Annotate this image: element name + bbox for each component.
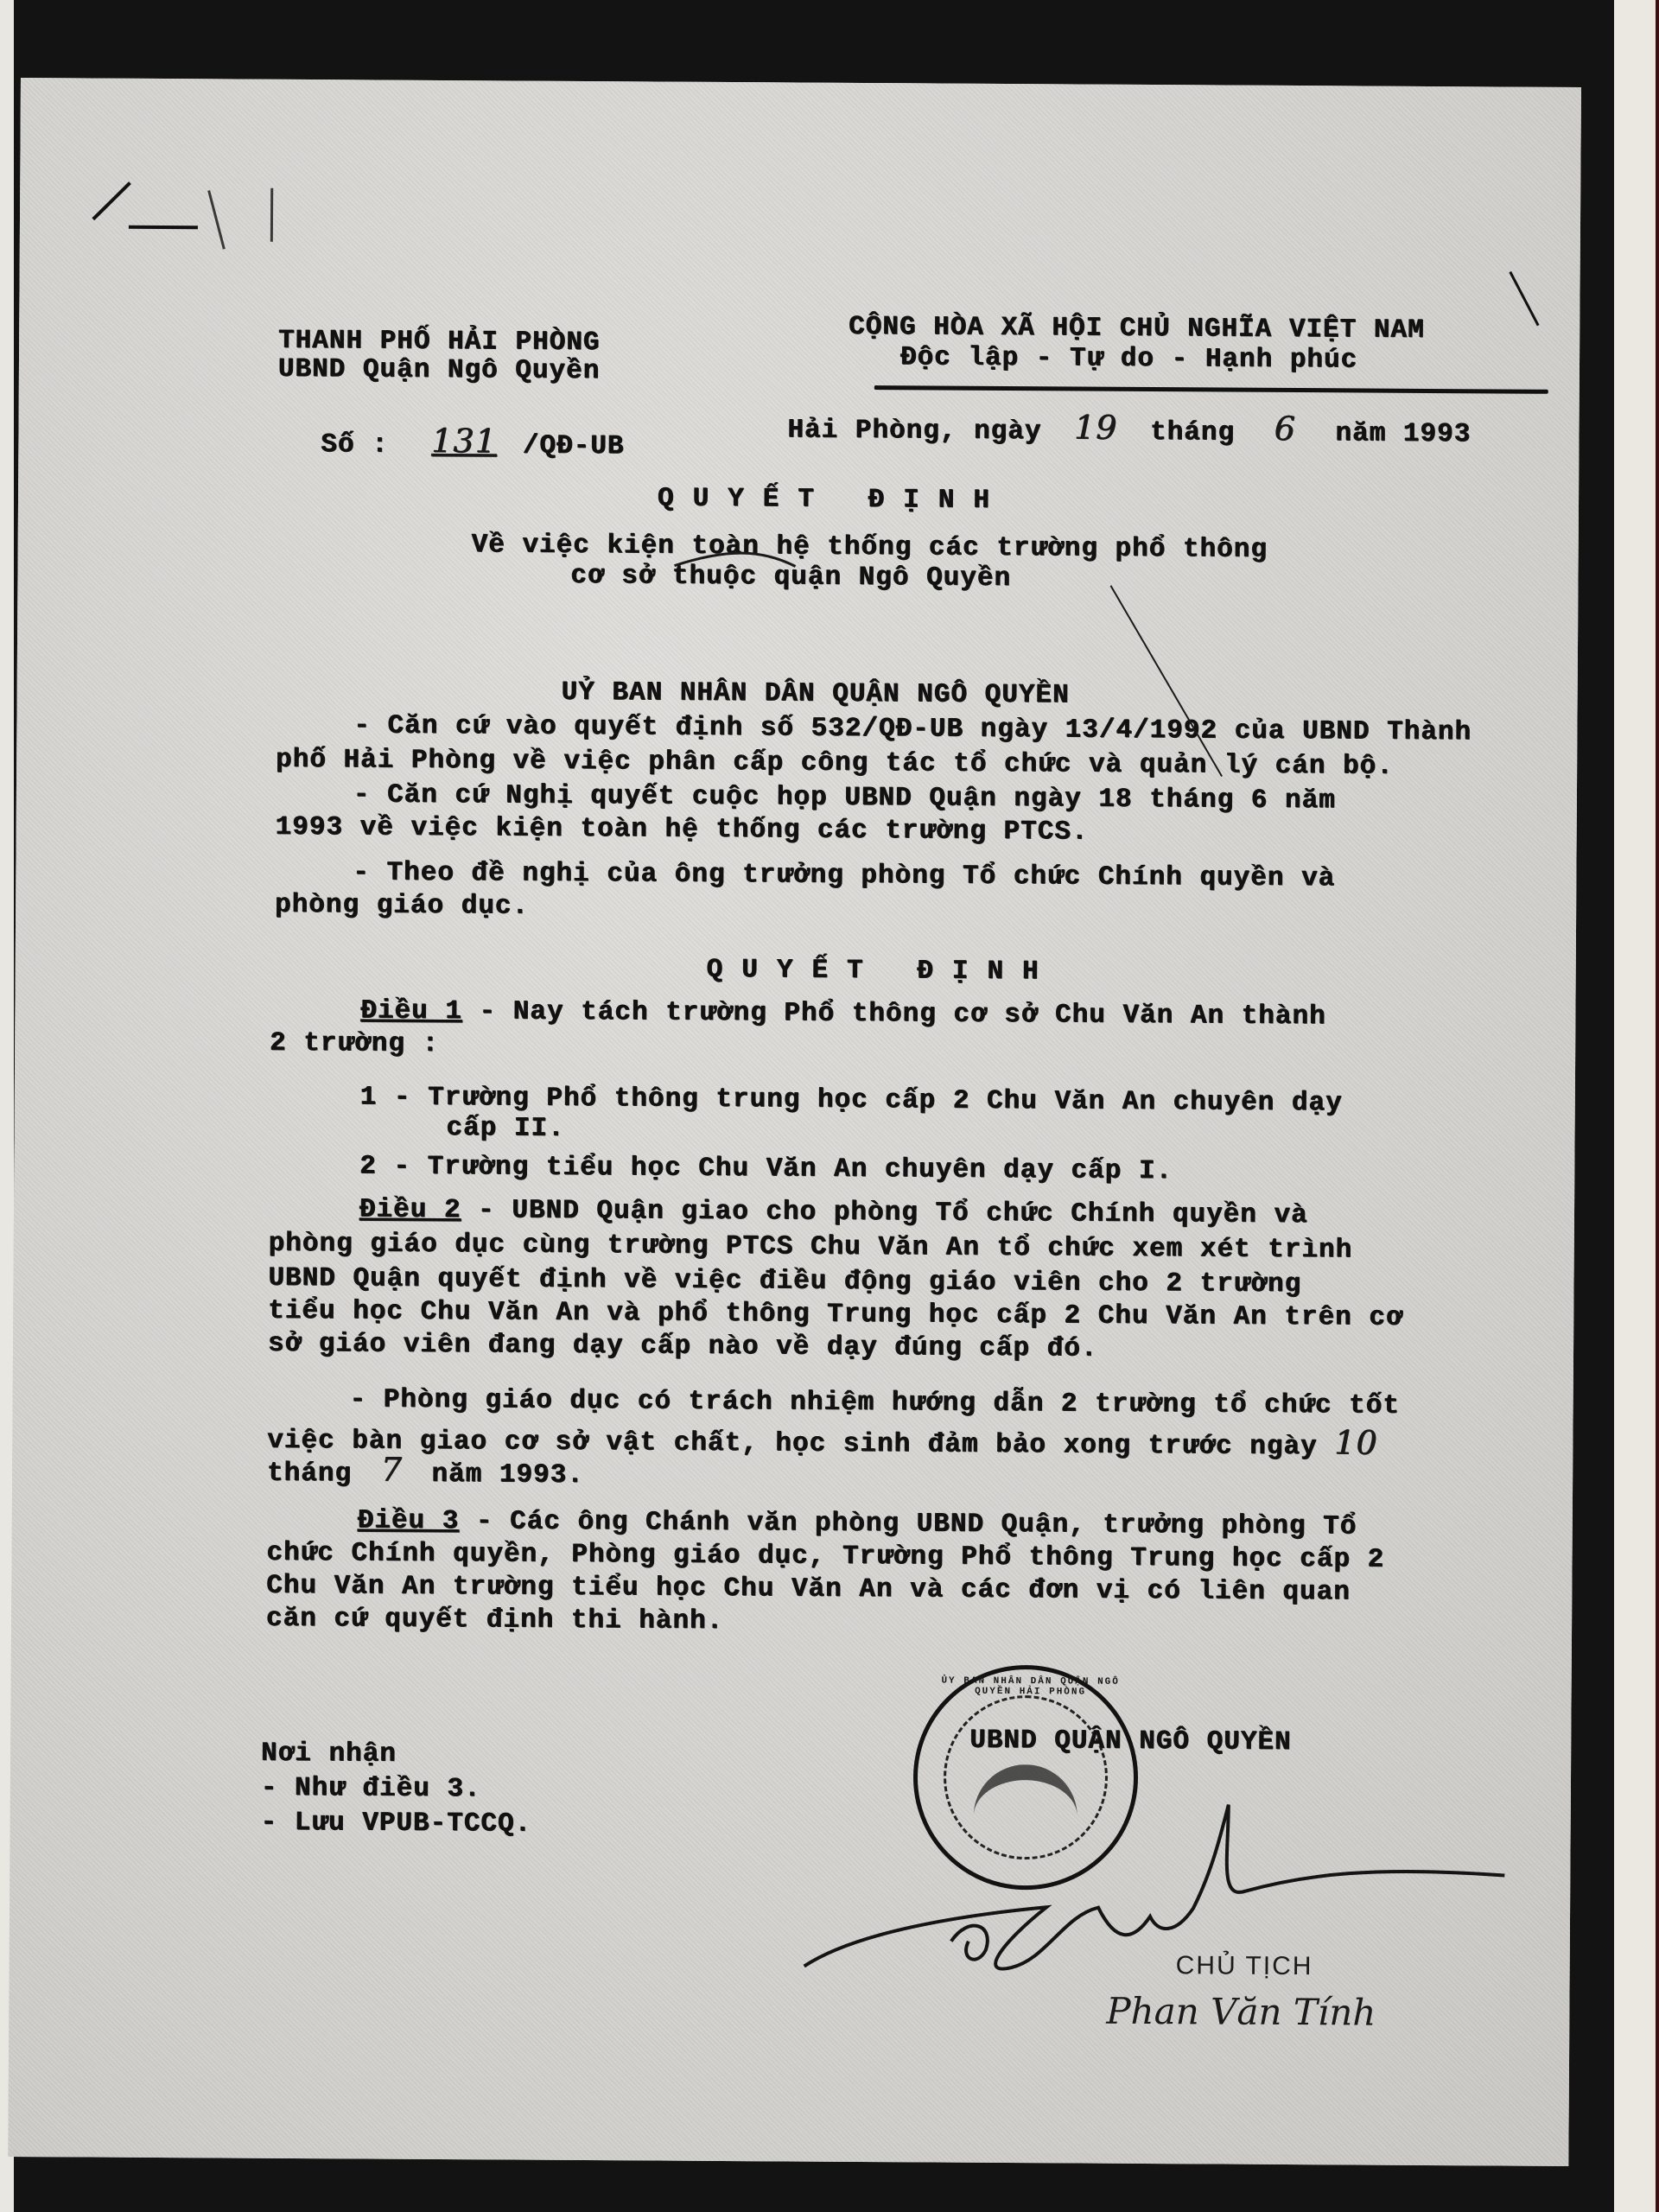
pen-mark-tick	[207, 190, 226, 249]
signing-authority: UBND QUẬN NGÔ QUYỀN	[969, 1726, 1292, 1758]
article-2-line-4: tiểu học Chu Văn An và phổ thông Trung h…	[268, 1296, 1403, 1333]
document-page: THANH PHỐ HẢI PHÒNG UBND Quận Ngô Quyền …	[8, 78, 1581, 2166]
date-prefix: Hải Phòng, ngày	[787, 415, 1041, 447]
article-1-item-2: 2 - Trường tiểu học Chu Văn An chuyên dạ…	[359, 1151, 1173, 1186]
article-3-text: - Các ông Chánh văn phòng UBND Quận, trư…	[476, 1506, 1357, 1541]
pen-mark-dash	[129, 226, 198, 229]
preamble-line-3: - Căn cứ Nghị quyết cuộc họp UBND Quận n…	[353, 779, 1336, 816]
article-1-label: Điều 1	[360, 995, 462, 1027]
right-mat-strip	[1614, 0, 1656, 2212]
issuing-city: THANH PHỐ HẢI PHÒNG	[278, 326, 601, 358]
number-suffix: /QĐ-UB	[523, 431, 625, 462]
date-day: 19	[1058, 408, 1134, 447]
document-title: QUYẾT ĐỊNH	[658, 484, 1008, 516]
article-3-line-2: chức Chính quyền, Phòng giáo dục, Trường…	[266, 1538, 1384, 1575]
article-2-para2-line-1: - Phòng giáo dục có trách nhiệm hướng dẫ…	[350, 1384, 1401, 1421]
preamble-line-1: - Căn cứ vào quyết định số 532/QĐ-UB ngà…	[353, 710, 1471, 747]
document-subtitle-2: cơ sở thuộc quận Ngô Quyền	[570, 561, 1011, 594]
issuing-authority: UỶ BAN NHÂN DÂN QUẬN NGÔ QUYỀN	[562, 677, 1070, 711]
handwritten-month: 7	[369, 1450, 415, 1488]
issue-date: Hải Phòng, ngày 19 tháng 6 năm 1993	[787, 406, 1471, 449]
article-2-para2-line-3: tháng 7 năm 1993.	[267, 1450, 584, 1491]
wood-edge	[1656, 0, 1659, 2212]
pen-mark-tick-2	[270, 188, 273, 242]
para2-year: năm 1993.	[431, 1459, 584, 1491]
preamble-line-6: phòng giáo dục.	[275, 890, 529, 922]
article-2-text: - UBND Quận giao cho phòng Tổ chức Chính…	[478, 1195, 1308, 1230]
article-2-line-2: phòng giáo dục cùng trường PTCS Chu Văn …	[269, 1229, 1353, 1266]
article-2-line-1: Điều 2 - UBND Quận giao cho phòng Tổ chứ…	[359, 1194, 1308, 1230]
national-title: CỘNG HÒA XÃ HỘI CHỦ NGHĨA VIỆT NAM	[849, 312, 1425, 346]
article-2-line-3: UBND Quận quyết định về việc điều động g…	[268, 1263, 1301, 1300]
document-number: Số : 131/QĐ-UB	[321, 421, 624, 461]
article-3-line-4: căn cứ quyết định thi hành.	[266, 1604, 724, 1637]
article-1-line-1: Điều 1 - Nay tách trường Phổ thông cơ sở…	[360, 995, 1326, 1032]
chairman-name: Phan Văn Tính	[1106, 1990, 1376, 2034]
article-3-line-1: Điều 3 - Các ông Chánh văn phòng UBND Qu…	[358, 1505, 1357, 1541]
pen-mark-slash	[92, 181, 130, 220]
recipient-1: - Như điều 3.	[261, 1773, 481, 1805]
national-motto: Độc lập - Tự do - Hạnh phúc	[900, 342, 1358, 375]
para2-month-label: tháng	[267, 1459, 352, 1490]
preamble-line-5: - Theo đề nghị của ông trưởng phòng Tổ c…	[353, 857, 1335, 893]
date-month: 6	[1252, 410, 1319, 448]
decision-heading: QUYẾT ĐỊNH	[707, 955, 1058, 987]
date-year: năm 1993	[1335, 418, 1471, 449]
official-seal: ỦY BAN NHÂN DÂN QUẬN NGÔ QUYỀN HẢI PHÒNG	[912, 1664, 1139, 1891]
header-rule	[874, 385, 1548, 394]
document-body: THANH PHỐ HẢI PHÒNG UBND Quận Ngô Quyền …	[8, 78, 1581, 2166]
article-1-item-1-cont: cấp II.	[446, 1113, 564, 1144]
article-2-line-5: sở giáo viên đang dạy cấp nào về dạy đún…	[268, 1329, 1098, 1364]
number-prefix: Số :	[321, 429, 389, 460]
recipient-2: - Lưu VPUB-TCCQ.	[261, 1808, 532, 1840]
pen-mark-corner	[1509, 271, 1539, 326]
preamble-line-4: 1993 về việc kiện toàn hệ thống các trườ…	[276, 812, 1089, 848]
preamble-line-2: phố Hải Phòng về việc phân cấp công tác …	[276, 745, 1394, 782]
recipients-heading: Nơi nhận	[261, 1738, 397, 1770]
article-1-line-2: 2 trường :	[270, 1028, 439, 1059]
date-month-label: tháng	[1150, 417, 1235, 448]
chairman-title: CHỦ TỊCH	[1176, 1951, 1313, 1981]
handwritten-day: 10	[1334, 1423, 1378, 1461]
number-handwritten: 131	[405, 422, 523, 461]
seal-ring-text: ỦY BAN NHÂN DÂN QUẬN NGÔ QUYỀN HẢI PHÒNG	[936, 1676, 1126, 1698]
article-3-label: Điều 3	[358, 1505, 460, 1536]
article-3-line-3: Chu Văn An trường tiểu học Chu Văn An và…	[266, 1571, 1351, 1608]
document-subtitle-1: Về việc kiện toàn hệ thống các trường ph…	[472, 530, 1268, 565]
article-2-label: Điều 2	[359, 1194, 461, 1225]
issuing-district: UBND Quận Ngô Quyền	[278, 354, 601, 386]
article-1-text: - Nay tách trường Phổ thông cơ sở Chu Vă…	[480, 996, 1326, 1032]
